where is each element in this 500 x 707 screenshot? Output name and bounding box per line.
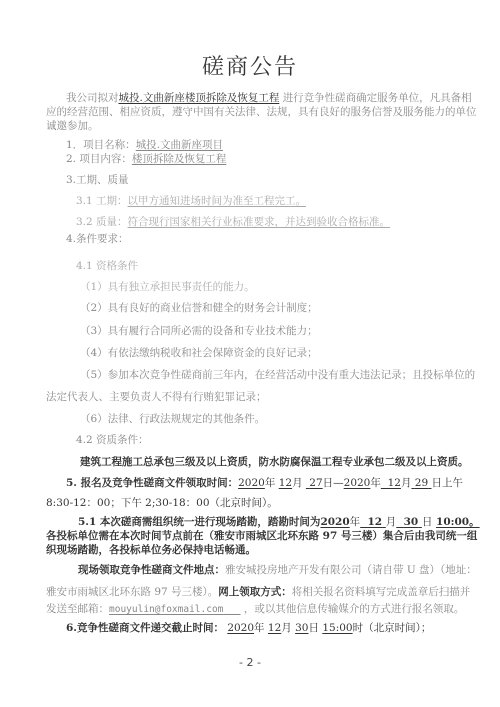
- intro-line-3: 诚邀参加。: [46, 120, 99, 133]
- condition-4: （4）有依法缴纳税收和社会保障资金的良好记录；: [80, 347, 318, 360]
- registration-time-cont: 8:30-12：00；下午 2;30-18：00（北京时间）。: [46, 497, 278, 510]
- condition-5-cont: 法定代表人、主要负责人不得有行贿犯罪记录；: [46, 391, 267, 404]
- item-certification: 4.2 资质条件：: [76, 434, 149, 447]
- item-quality: 3.2 质量：符合现行国家相关行业标准要求，并达到验收合格标准。: [76, 216, 390, 229]
- project-name: 城投.文曲新座楼顶拆除及恢复工程: [119, 92, 280, 104]
- pickup-location: 现场领取竞争性磋商文件地点：雅安城投房地产开发有限公司（请自带 U 盘）（地址：: [78, 564, 477, 577]
- item-project-name: 1．项目名称：城投.文曲新座项目: [66, 139, 223, 152]
- condition-1: （1）具有独立承担民事责任的能力。: [80, 281, 255, 294]
- pickup-email-line: 发送至邮箱：mouyulin@foxmail.com ，或以其他信息传输媒介的方…: [46, 603, 464, 616]
- certification-text: 建筑工程施工总承包三级及以上资质，防水防腐保温工程专业承包二级及以上资质。: [80, 456, 469, 469]
- item-site-visit: 5.1 本次磋商需组织统一进行现场踏勘，踏勘时间为2020年 12 月 30 日…: [78, 516, 480, 529]
- item-qualification-conditions: 4.1 资格条件: [76, 260, 138, 273]
- site-visit-cont-2: 织现场踏勘，各投标单位务必保持电话畅通。: [46, 544, 256, 557]
- item-submission-deadline: 6.竞争性磋商文件递交截止时间： 2020年 12月 30日 15:00时（北京…: [66, 622, 431, 635]
- item-schedule-quality: 3.工期、质量: [66, 174, 129, 187]
- condition-2: （2）具有良好的商业信誉和健全的财务会计制度；: [80, 302, 318, 315]
- condition-6: （6）法律、行政法规规定的其他条件。: [80, 413, 265, 426]
- intro-line-1: 我公司拟对城投.文曲新座楼顶拆除及恢复工程 进行竞争性磋商确定服务单位，凡具备相: [66, 92, 472, 105]
- condition-3: （3）具有履行合同所必需的设备和专业技术能力；: [80, 325, 318, 338]
- page-number: - 2 -: [0, 656, 500, 669]
- intro-line-2: 应的经营范围、相应资质，遵守中国有关法律、法规，具有良好的服务信誉及服务能力的单…: [46, 106, 477, 119]
- condition-5: （5）参加本次竞争性磋商前三年内，在经营活动中没有重大违法记录；且投标单位的: [80, 369, 475, 382]
- pickup-address-cont: 雅安市雨城区北环东路 97 号三楼）。网上领取方式：将相关报名资料填写完成盖章后…: [46, 586, 470, 599]
- item-schedule: 3.1 工期：以甲方通知进场时间为准至工程完工。: [76, 195, 306, 208]
- site-visit-cont-1: 各投标单位需在本次时间节点前在（雅安市雨城区北环东路 97 号三楼）集合后由我司…: [46, 530, 477, 543]
- item-registration-time: 5. 报名及竞争性磋商文件领取时间：2020年 12月 27日—2020年 12…: [66, 477, 463, 490]
- page-title: 磋商公告: [0, 50, 500, 81]
- item-project-content: 2. 项目内容：楼顶拆除及恢复工程: [66, 153, 226, 166]
- email-link[interactable]: mouyulin@foxmail.com: [109, 604, 223, 615]
- item-requirements: 4.条件要求：: [66, 233, 129, 246]
